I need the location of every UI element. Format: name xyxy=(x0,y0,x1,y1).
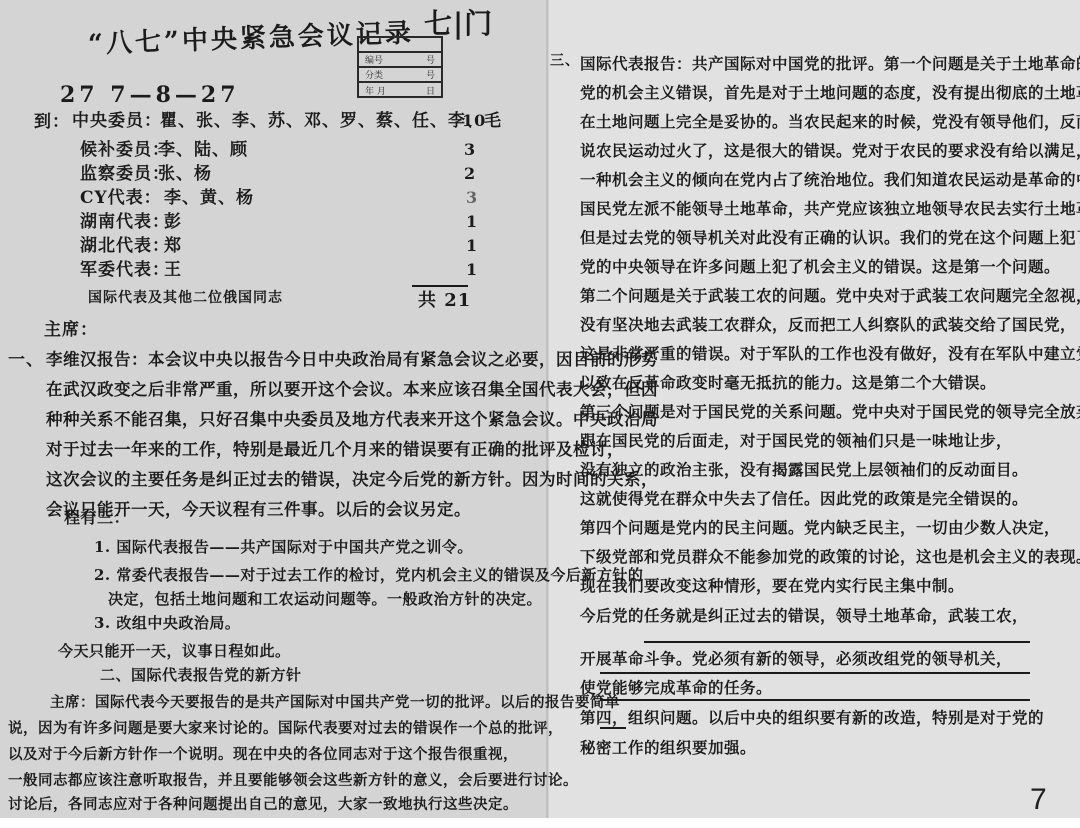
archive-stamp-box: 编号号 分类号 年 月日 xyxy=(357,36,443,98)
attendance-names: 彭 xyxy=(164,214,182,231)
body-line: 这是非常严重的错误。对于军队的工作也没有做好，没有在军队中建立党的组织， xyxy=(580,346,1080,362)
body-line: 主席：国际代表今天要报告的是共产国际对中国共产党一切的批评。以后的报告要简单 xyxy=(50,696,620,711)
section-three-mark: 三、 xyxy=(550,54,580,68)
attendance-count: 2 xyxy=(464,166,476,182)
bottom-margin xyxy=(0,818,1080,828)
stamp-label: 年 月 xyxy=(365,84,386,97)
attendance-count: 10 xyxy=(462,113,486,129)
stamp-row: 编号号 xyxy=(359,53,441,68)
body-line: 没有坚决地去武装工农群众，反而把工人纠察队的武装交给了国民党， xyxy=(580,317,1076,333)
stamp-row xyxy=(359,38,441,53)
agenda-item: 1. 国际代表报告——共产国际对于中国共产党之训令。 xyxy=(94,540,473,555)
body-line: 第四个问题是党内的民主问题。党内缺乏民主，一切由少数人决定， xyxy=(580,520,1060,536)
attendance-names: 郑 xyxy=(164,238,182,255)
underlined-line: 开展革命斗争。党必须有新的领导，必须改组党的领导机关， xyxy=(580,651,1012,667)
stamp-label: 编号 xyxy=(365,53,383,66)
attendance-count: 3 xyxy=(464,142,476,158)
underlined-line: 使党能够完成革命的任务。 xyxy=(580,680,772,696)
body-line: 说农民运动过火了，这是很大的错误。党对于农民的要求没有给以满足， xyxy=(580,143,1080,159)
attendance-label: 到： xyxy=(34,114,70,131)
body-line: 今后党的任务就是纠正过去的错误，领导土地革命，武装工农， xyxy=(580,608,1028,624)
body-line: 一般同志都应该注意听取报告，并且要能够领会这些新方针的意义，会后要进行讨论。 xyxy=(8,774,578,789)
stamp-suffix: 日 xyxy=(426,84,435,97)
body-line: 一种机会主义的倾向在党内占了统治地位。我们知道农民运动是革命的中心问题， xyxy=(580,172,1080,188)
attendance-role: 湖北代表： xyxy=(80,238,170,255)
body-line: 秘密工作的组织要加强。 xyxy=(580,740,756,756)
corner-annotation: 七|门 xyxy=(424,10,493,38)
underline-rule xyxy=(600,727,626,729)
attendance-names: 王 xyxy=(164,262,182,279)
stamp-suffix: 号 xyxy=(426,68,435,81)
body-line: 党的中央领导在许多问题上犯了机会主义的错误。这是第一个问题。 xyxy=(580,259,1060,275)
attendance-role: CY代表： xyxy=(80,190,162,207)
agenda-note: 今天只能开一天，议事日程如此。 xyxy=(58,644,291,659)
page-number: 7 xyxy=(1030,783,1047,817)
attendance-names: 李、陆、顾 xyxy=(158,142,248,159)
attendance-role: 湖南代表： xyxy=(80,214,170,231)
body-line: 讨论后，各同志应对于各种问题提出自己的意见，大家一致地执行这些决定。 xyxy=(8,798,518,813)
body-line: 没有独立的政治主张，没有揭露国民党上层领袖们的反动面目。 xyxy=(580,462,1028,478)
attendance-footnote: 国际代表及其他二位俄国同志 xyxy=(88,291,283,305)
attendance-role: 候补委员： xyxy=(80,142,170,159)
meeting-date: 27 7—8—27 xyxy=(60,84,240,106)
attendance-count: 3 xyxy=(466,190,478,206)
scanned-document: “八七”中央紧急会议记录 编号号 分类号 年 月日 七|门 27 7—8—27 … xyxy=(0,0,1080,818)
chair-label: 主席： xyxy=(44,322,98,339)
body-line: 李维汉报告：本会议中央以报告今日中央政治局有紧急会议之必要，因目前的形势 xyxy=(46,352,658,369)
body-line: 第二个问题是关于武装工农的问题。党中央对于武装工农问题完全忽视， xyxy=(580,288,1080,304)
attendance-count: 1 xyxy=(466,238,478,254)
stamp-row: 年 月日 xyxy=(359,83,441,98)
section-one-mark: 一、 xyxy=(8,352,44,369)
body-line: 跟在国民党的后面走，对于国民党的领袖们只是一味地让步， xyxy=(580,433,1012,449)
agenda-item: 2. 常委代表报告——对于过去工作的检讨，党内机会主义的错误及今后新方针的 xyxy=(94,568,643,583)
underline-rule xyxy=(644,641,1030,643)
attendance-names: 李、黄、杨 xyxy=(164,190,254,207)
body-line: 国民党左派不能领导土地革命，共产党应该独立地领导农民去实行土地革命， xyxy=(580,201,1080,217)
body-line: 现在我们要改变这种情形，要在党内实行民主集中制。 xyxy=(580,578,964,594)
stamp-suffix: 号 xyxy=(426,53,435,66)
body-line: 以及对于今后新方针作一个说明。现在中央的各位同志对于这个报告很重视， xyxy=(8,748,518,763)
body-line: 第三个问题是对于国民党的关系问题。党中央对于国民党的领导完全放弃， xyxy=(580,404,1080,420)
body-line: 在土地问题上完全是妥协的。当农民起来的时候，党没有领导他们，反而阻止他们， xyxy=(580,114,1080,130)
agenda-intro: 程有三： xyxy=(64,510,130,526)
body-line: 国际代表报告：共产国际对中国党的批评。第一个问题是关于土地革命的问题。 xyxy=(580,56,1080,72)
body-line: 说，因为有许多问题是要大家来讨论的。国际代表要对过去的错误作一个总的批评， xyxy=(8,722,563,737)
body-line: 这就使得党在群众中失去了信任。因此党的政策是完全错误的。 xyxy=(580,491,1028,507)
body-line: 下级党部和党员群众不能参加党的政策的讨论，这也是机会主义的表现。 xyxy=(580,549,1080,565)
body-line: 这次会议的主要任务是纠正过去的错误，决定今后党的新方针。因为时间的关系， xyxy=(46,472,658,489)
stamp-row: 分类号 xyxy=(359,68,441,83)
stamp-label: 分类 xyxy=(365,68,383,81)
underline-rule xyxy=(600,672,1030,674)
attendance-role: 监察委员： xyxy=(80,166,170,183)
total-rule xyxy=(412,285,468,287)
attendance-names: 瞿、张、李、苏、邓、罗、蔡、任、李、毛 xyxy=(160,113,502,130)
attendance-role: 军委代表： xyxy=(80,262,170,279)
body-line: 以致在反革命政变时毫无抵抗的能力。这是第二个大错误。 xyxy=(580,375,996,391)
underline-rule xyxy=(600,699,1030,701)
body-line: 党的机会主义错误，首先是对于土地问题的态度，没有提出彻底的土地革命口号， xyxy=(580,85,1080,101)
section-two-heading: 二、国际代表报告党的新方针 xyxy=(100,668,302,683)
attendance-role: 中央委员： xyxy=(72,113,162,130)
attendance-names: 张、杨 xyxy=(158,166,212,183)
attendance-count: 1 xyxy=(466,214,478,230)
body-line: 但是过去党的领导机关对此没有正确的认识。我们的党在这个问题上犯了错误， xyxy=(580,230,1080,246)
agenda-item: 决定，包括土地问题和工农运动问题等。一般政治方针的决定。 xyxy=(108,592,542,607)
body-line: 种种关系不能召集，只好召集中央委员及地方代表来开这个紧急会议。中央政治局 xyxy=(46,412,658,429)
agenda-item: 3. 改组中央政治局。 xyxy=(94,616,240,631)
attendance-count: 1 xyxy=(466,262,478,278)
body-line: 在武汉政变之后非常严重，所以要开这个会议。本来应该召集全国代表大会，但因 xyxy=(46,382,658,399)
attendance-total: 共 21 xyxy=(418,292,471,310)
body-line: 第四，组织问题。以后中央的组织要有新的改造，特别是对于党的 xyxy=(580,710,1044,726)
body-line: 对于过去一年来的工作，特别是最近几个月来的错误要有正确的批评及检讨， xyxy=(46,442,624,459)
